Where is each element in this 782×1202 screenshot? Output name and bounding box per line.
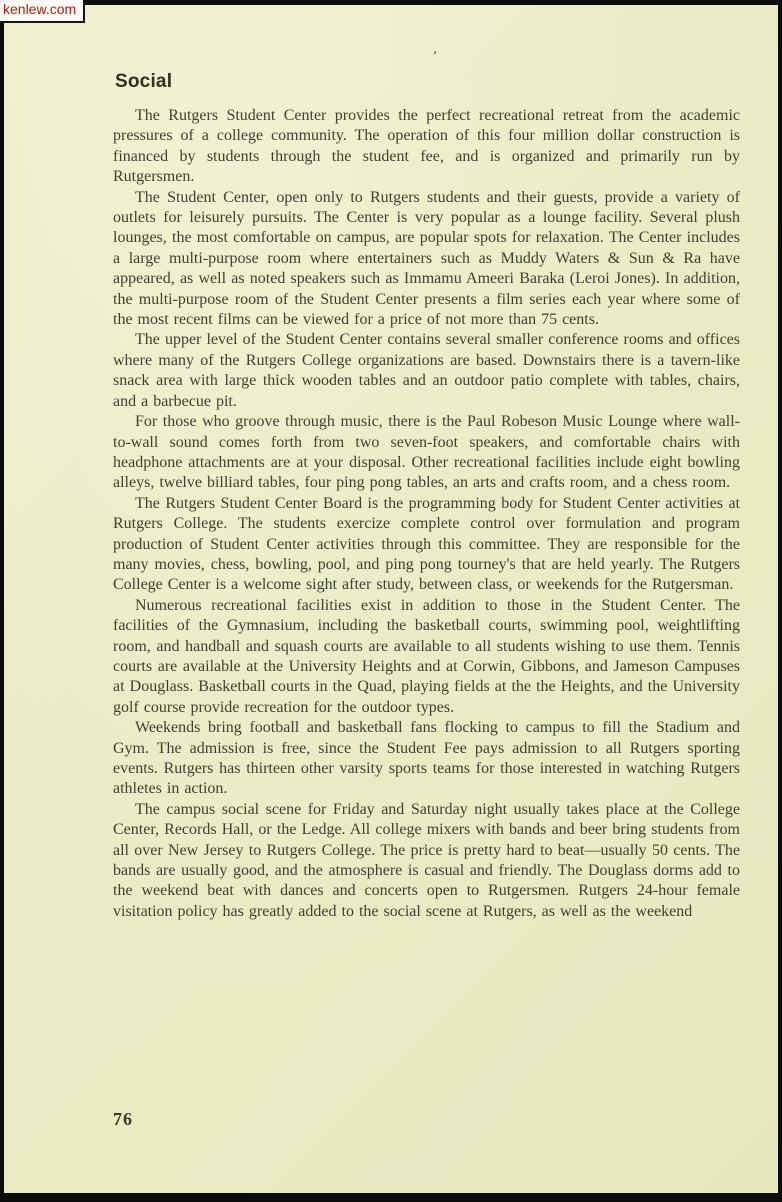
body-paragraph: For those who groove through music, ther… — [113, 412, 740, 494]
body-text: The Rutgers Student Center provides the … — [113, 106, 740, 922]
body-paragraph: Numerous recreational facilities exist i… — [113, 596, 740, 718]
body-paragraph: The campus social scene for Friday and S… — [113, 800, 740, 922]
body-paragraph: The Rutgers Student Center Board is the … — [113, 494, 740, 596]
body-paragraph: The upper level of the Student Center co… — [113, 330, 740, 412]
page-title: Social — [115, 71, 740, 93]
ink-speck-mark: ʼ — [431, 49, 438, 66]
watermark-text: kenlew.com — [0, 0, 85, 23]
page-content: Social The Rutgers Student Center provid… — [113, 71, 740, 922]
body-paragraph: The Student Center, open only to Rutgers… — [113, 188, 740, 331]
paper-page: ʼ Social The Rutgers Student Center prov… — [4, 5, 778, 1193]
body-paragraph: The Rutgers Student Center provides the … — [113, 106, 740, 188]
page-number: 76 — [113, 1109, 133, 1130]
body-paragraph: Weekends bring football and basketball f… — [113, 718, 740, 800]
scanned-document-page: { "watermark": { "text": "kenlew.com", "… — [0, 0, 782, 1202]
